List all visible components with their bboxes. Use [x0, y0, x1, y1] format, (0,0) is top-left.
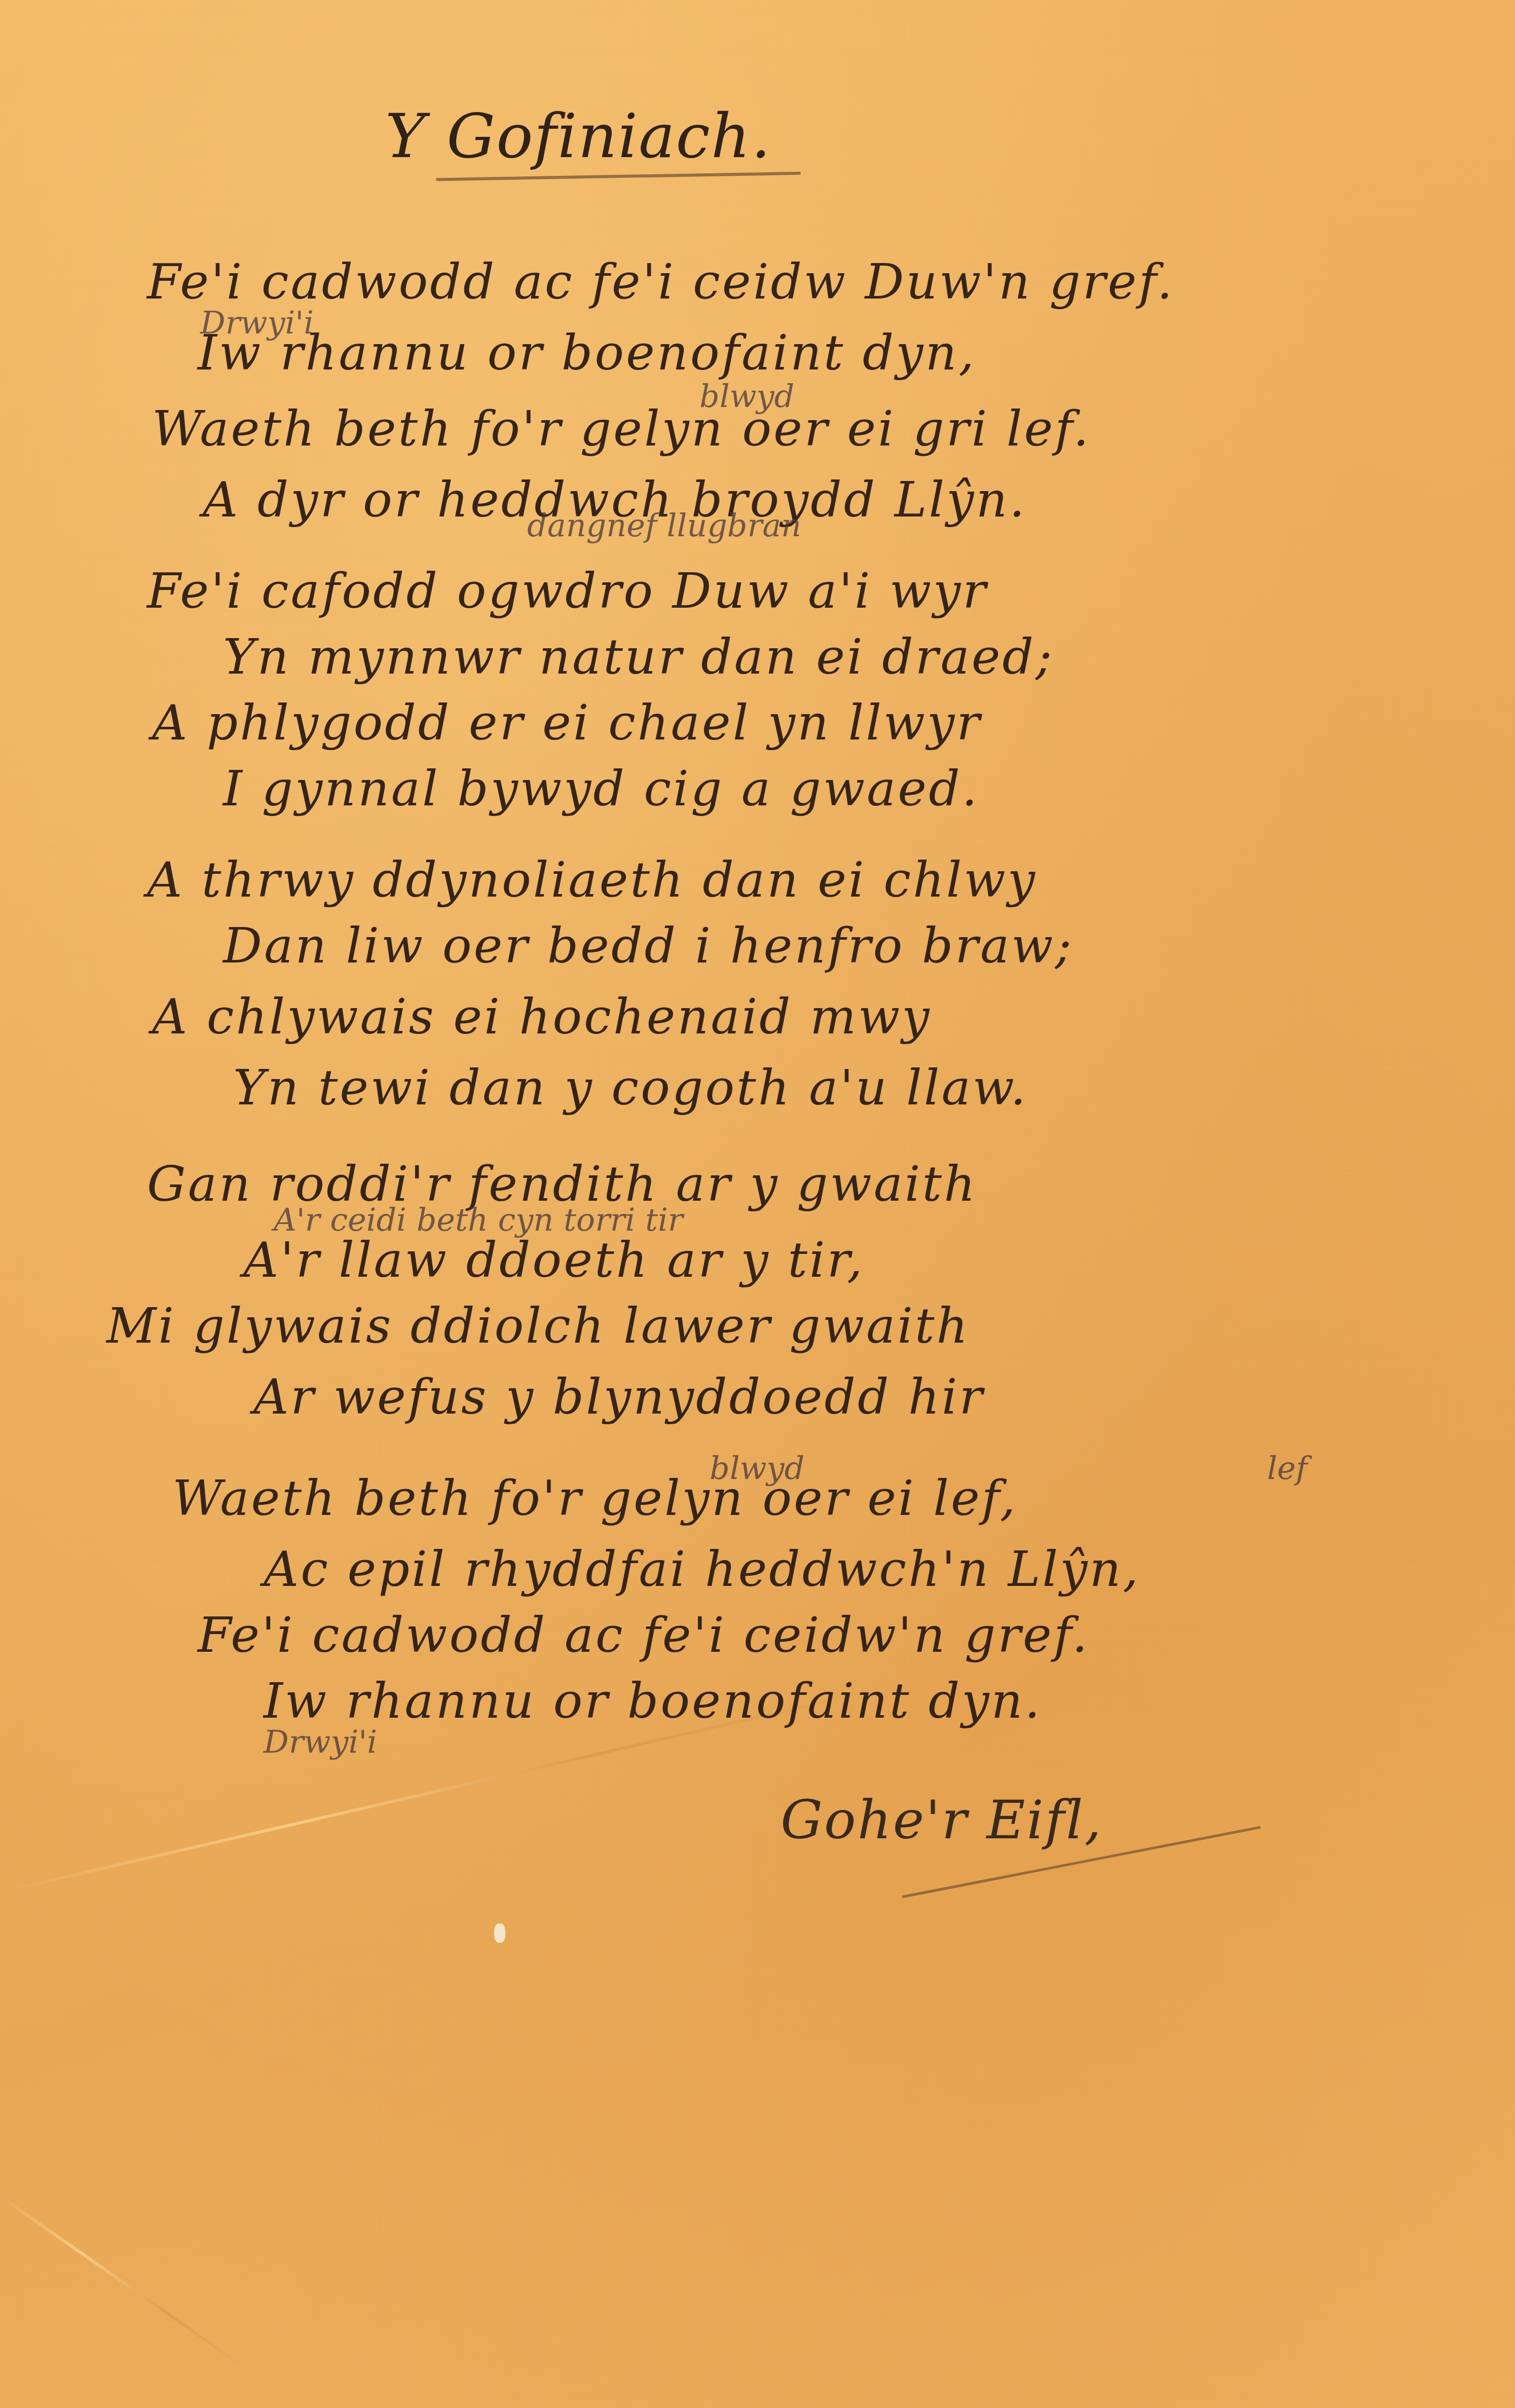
poem-line: Waeth beth fo'r gelyn oer ei gri lef. [152, 400, 1091, 457]
poem-line: Ar wefus y blynyddoedd hir [253, 1368, 984, 1425]
pencil-annotation: lef [1267, 1450, 1307, 1487]
poem-line: A phlygodd er ei chael yn llwyr [152, 694, 982, 751]
poem-line: Yn tewi dan y cogoth a'u llaw. [233, 1059, 1028, 1116]
poem-line: Ac epil rhyddfai heddwch'n Llŷn, [264, 1541, 1140, 1598]
poem-line: Fe'i cadwodd ac fe'i ceidw'n gref. [198, 1607, 1090, 1663]
pencil-annotation: Drwyi'i [264, 1723, 377, 1760]
poem-line: Iw rhannu or boenofaint dyn, [198, 324, 976, 381]
poem-line: A chlywais ei hochenaid mwy [152, 988, 932, 1045]
poem-line: Mi glywais ddiolch lawer gwaith [106, 1298, 970, 1354]
poem-line: Iw rhannu or boenofaint dyn. [264, 1673, 1042, 1729]
paper-crease [0, 2195, 250, 2372]
poem-line: Dan liw oer bedd i henfro braw; [223, 917, 1074, 974]
poem-line: Fe'i cadwodd ac fe'i ceidw Duw'n gref. [147, 253, 1174, 310]
poem-line: A'r llaw ddoeth ar y tir, [243, 1232, 864, 1288]
pencil-annotation: dangnef llugbran [527, 507, 801, 544]
poem-line: Fe'i cafodd ogwdro Duw a'i wyr [147, 563, 988, 619]
poem-line: Yn mynnwr natur dan ei draed; [223, 628, 1054, 685]
poem-line: I gynnal bywyd cig a gwaed. [223, 760, 979, 817]
manuscript-page: Y Gofiniach. Fe'i cadwodd ac fe'i ceidw … [0, 0, 1515, 2408]
author-signature: Gohe'r Eifl, [781, 1789, 1103, 1851]
poem-line: Waeth beth fo'r gelyn oer ei lef, [172, 1470, 1017, 1527]
poem-line: A thrwy ddynoliaeth dan ei chlwy [147, 851, 1037, 908]
paper-spot [494, 1923, 505, 1943]
title-underline [436, 172, 801, 181]
poem-title: Y Gofiniach. [385, 101, 771, 172]
